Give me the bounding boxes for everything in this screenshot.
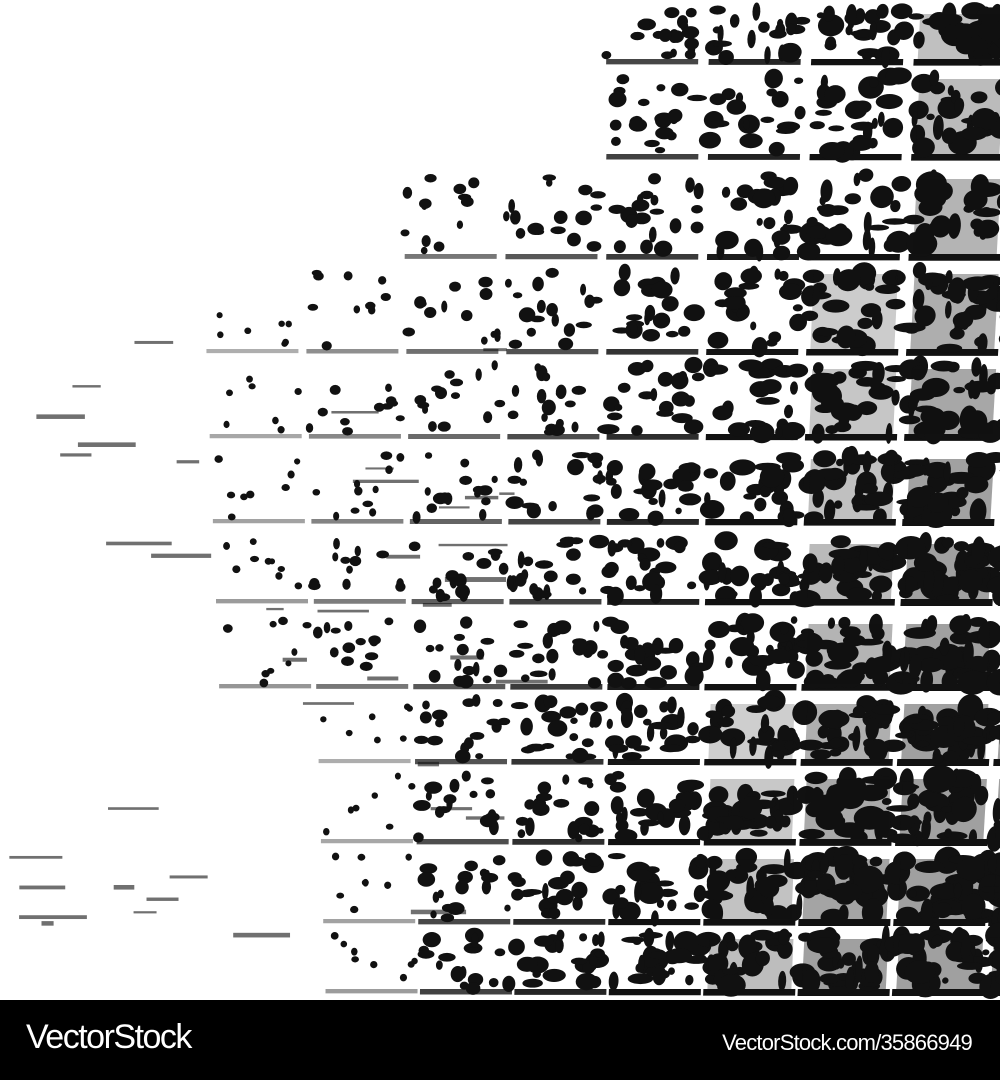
image-reference-id: VectorStock.com/35866949 [722,1030,972,1056]
watermarked-image: VectorStock VectorStock.com/35866949 [0,0,1000,1080]
watermark-footer-bar: VectorStock VectorStock.com/35866949 [0,1000,1000,1080]
grunge-grid-texture [0,0,1000,1000]
brand-logo-text: VectorStock [26,1018,191,1057]
